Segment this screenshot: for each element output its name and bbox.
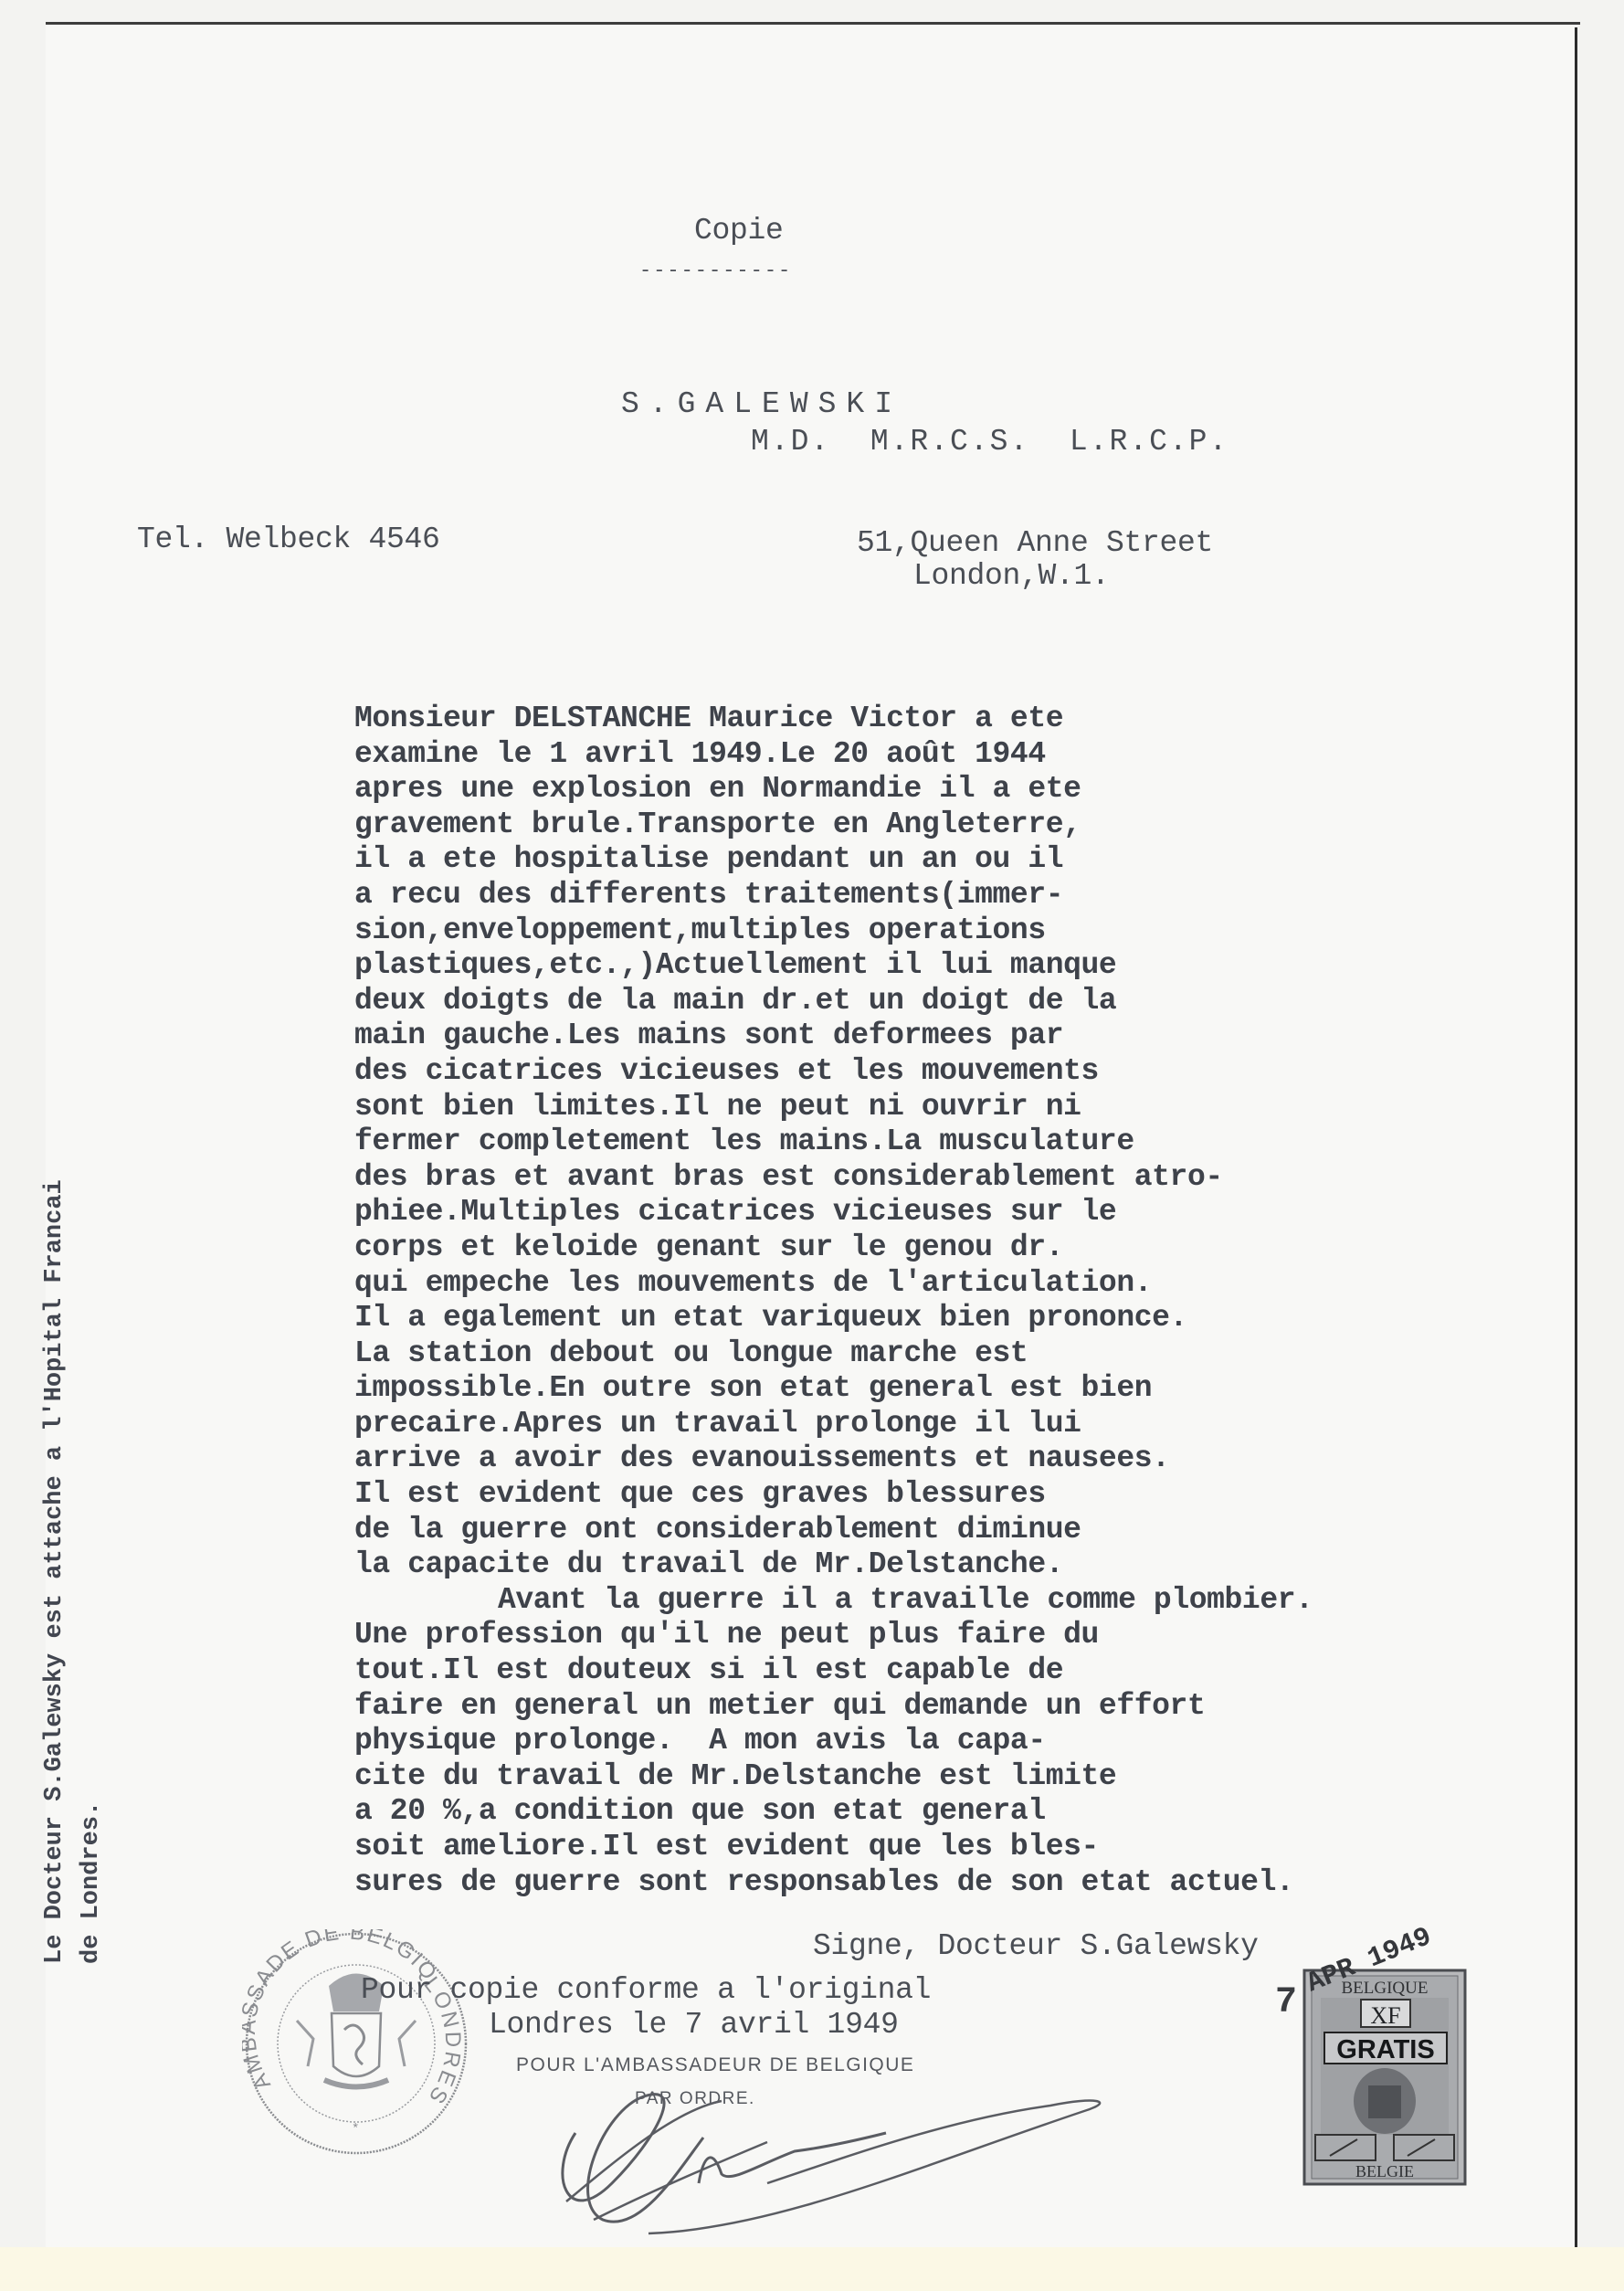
body-line: a recu des differents traitements(immer- [354,878,1313,913]
body-line: des cicatrices vicieuses et les mouvemen… [354,1054,1313,1090]
document-heading: Copie [694,216,784,246]
svg-text:*: * [352,2122,359,2137]
body-line: Monsieur DELSTANCHE Maurice Victor a ete [354,702,1313,737]
margin-note-line2: de Londres. [78,1801,105,1964]
letterhead-telephone: Tel. Welbeck 4546 [137,524,440,554]
body-line: physique prolonge. A mon avis la capa- [354,1724,1313,1759]
heading-underline: ----------- [639,261,792,281]
body-line: qui empeche les mouvements de l'articula… [354,1266,1313,1302]
body-line: sont bien limites.Il ne peut ni ouvrir n… [354,1090,1313,1125]
body-line: plastiques,etc.,)Actuellement il lui man… [354,948,1313,984]
body-line: des bras et avant bras est considerablem… [354,1160,1313,1196]
body-line: Avant la guerre il a travaille comme plo… [354,1583,1313,1619]
svg-text:AMBASSADE DE BELGIQUE: AMBASSADE DE BELGIQUE [242,1929,442,2095]
body-line: de la guerre ont considerablement diminu… [354,1513,1313,1548]
body-line: fermer completement les mains.La muscula… [354,1124,1313,1160]
page-top-edge [46,22,1580,25]
body-line: phiee.Multiples cicatrices vicieuses sur… [354,1195,1313,1230]
body-line: La station debout ou longue marche est [354,1336,1313,1372]
body-line: gravement brule.Transporte en Angleterre… [354,808,1313,843]
body-line: faire en general un metier qui demande u… [354,1689,1313,1725]
body-line: Une profession qu'il ne peut plus faire … [354,1618,1313,1653]
body-line: Il a egalement un etat variqueux bien pr… [354,1301,1313,1336]
body-line: impossible.En outre son etat general est… [354,1371,1313,1407]
letter-body: Monsieur DELSTANCHE Maurice Victor a ete… [354,702,1313,1900]
svg-text:BELGIE: BELGIE [1355,2162,1414,2180]
svg-text:7: 7 [1275,1982,1297,2023]
body-line: main gauche.Les mains sont deformees par [354,1019,1313,1054]
letterhead-name: S.GALEWSKI [621,389,902,419]
body-line: tout.Il est douteux si il est capable de [354,1653,1313,1689]
scan-bottom-margin [0,2247,1624,2291]
body-line: sures de guerre sont responsables de son… [354,1865,1313,1901]
letterhead-address-line1: 51,Queen Anne Street [857,528,1213,558]
letterhead-credentials: M.D. M.R.C.S. L.R.C.P. [751,427,1229,457]
body-line: la capacite du travail de Mr.Delstanche. [354,1547,1313,1583]
body-line: deux doigts de la main dr.et un doigt de… [354,984,1313,1019]
body-line: sion,enveloppement,multiples operations [354,913,1313,949]
body-line: precaire.Apres un travail prolonge il lu… [354,1407,1313,1442]
page-right-edge [1575,27,1577,2247]
body-line: Il est evident que ces graves blessures [354,1477,1313,1513]
date-cancellation-stamp-icon: 7 APR 1949 [1270,1927,1480,2028]
body-line: soit ameliore.Il est evident que les ble… [354,1830,1313,1865]
body-line: apres une explosion en Normandie il a et… [354,772,1313,808]
body-line: arrive a avoir des evanouissements et na… [354,1441,1313,1477]
svg-text:APR 1949: APR 1949 [1302,1927,1436,2000]
body-line: cite du travail de Mr.Delstanche est lim… [354,1759,1313,1795]
body-line: a 20 %,a condition que son etat general [354,1794,1313,1830]
margin-note: Le Docteur S.Galewsky est attache a l'Ho… [37,1179,110,1964]
certification-date: Londres le 7 avril 1949 [489,2010,899,2040]
body-line: examine le 1 avril 1949.Le 20 août 1944 [354,737,1313,773]
margin-note-line1: Le Docteur S.Galewsky est attache a l'Ho… [41,1179,69,1964]
svg-text:GRATIS: GRATIS [1336,2035,1434,2064]
body-line: il a ete hospitalise pendant un an ou il [354,842,1313,878]
signature-line: Signe, Docteur S.Galewsky [813,1931,1259,1961]
handwritten-signature-icon [539,2046,1123,2238]
certification-line: Pour copie conforme a l'original [361,1975,931,2005]
letterhead-address-line2: London,W.1. [913,561,1110,591]
embassy-seal-icon: AMBASSADE DE BELGIQUE LONDRES * [242,1929,470,2158]
body-line: corps et keloide genant sur le genou dr. [354,1230,1313,1266]
